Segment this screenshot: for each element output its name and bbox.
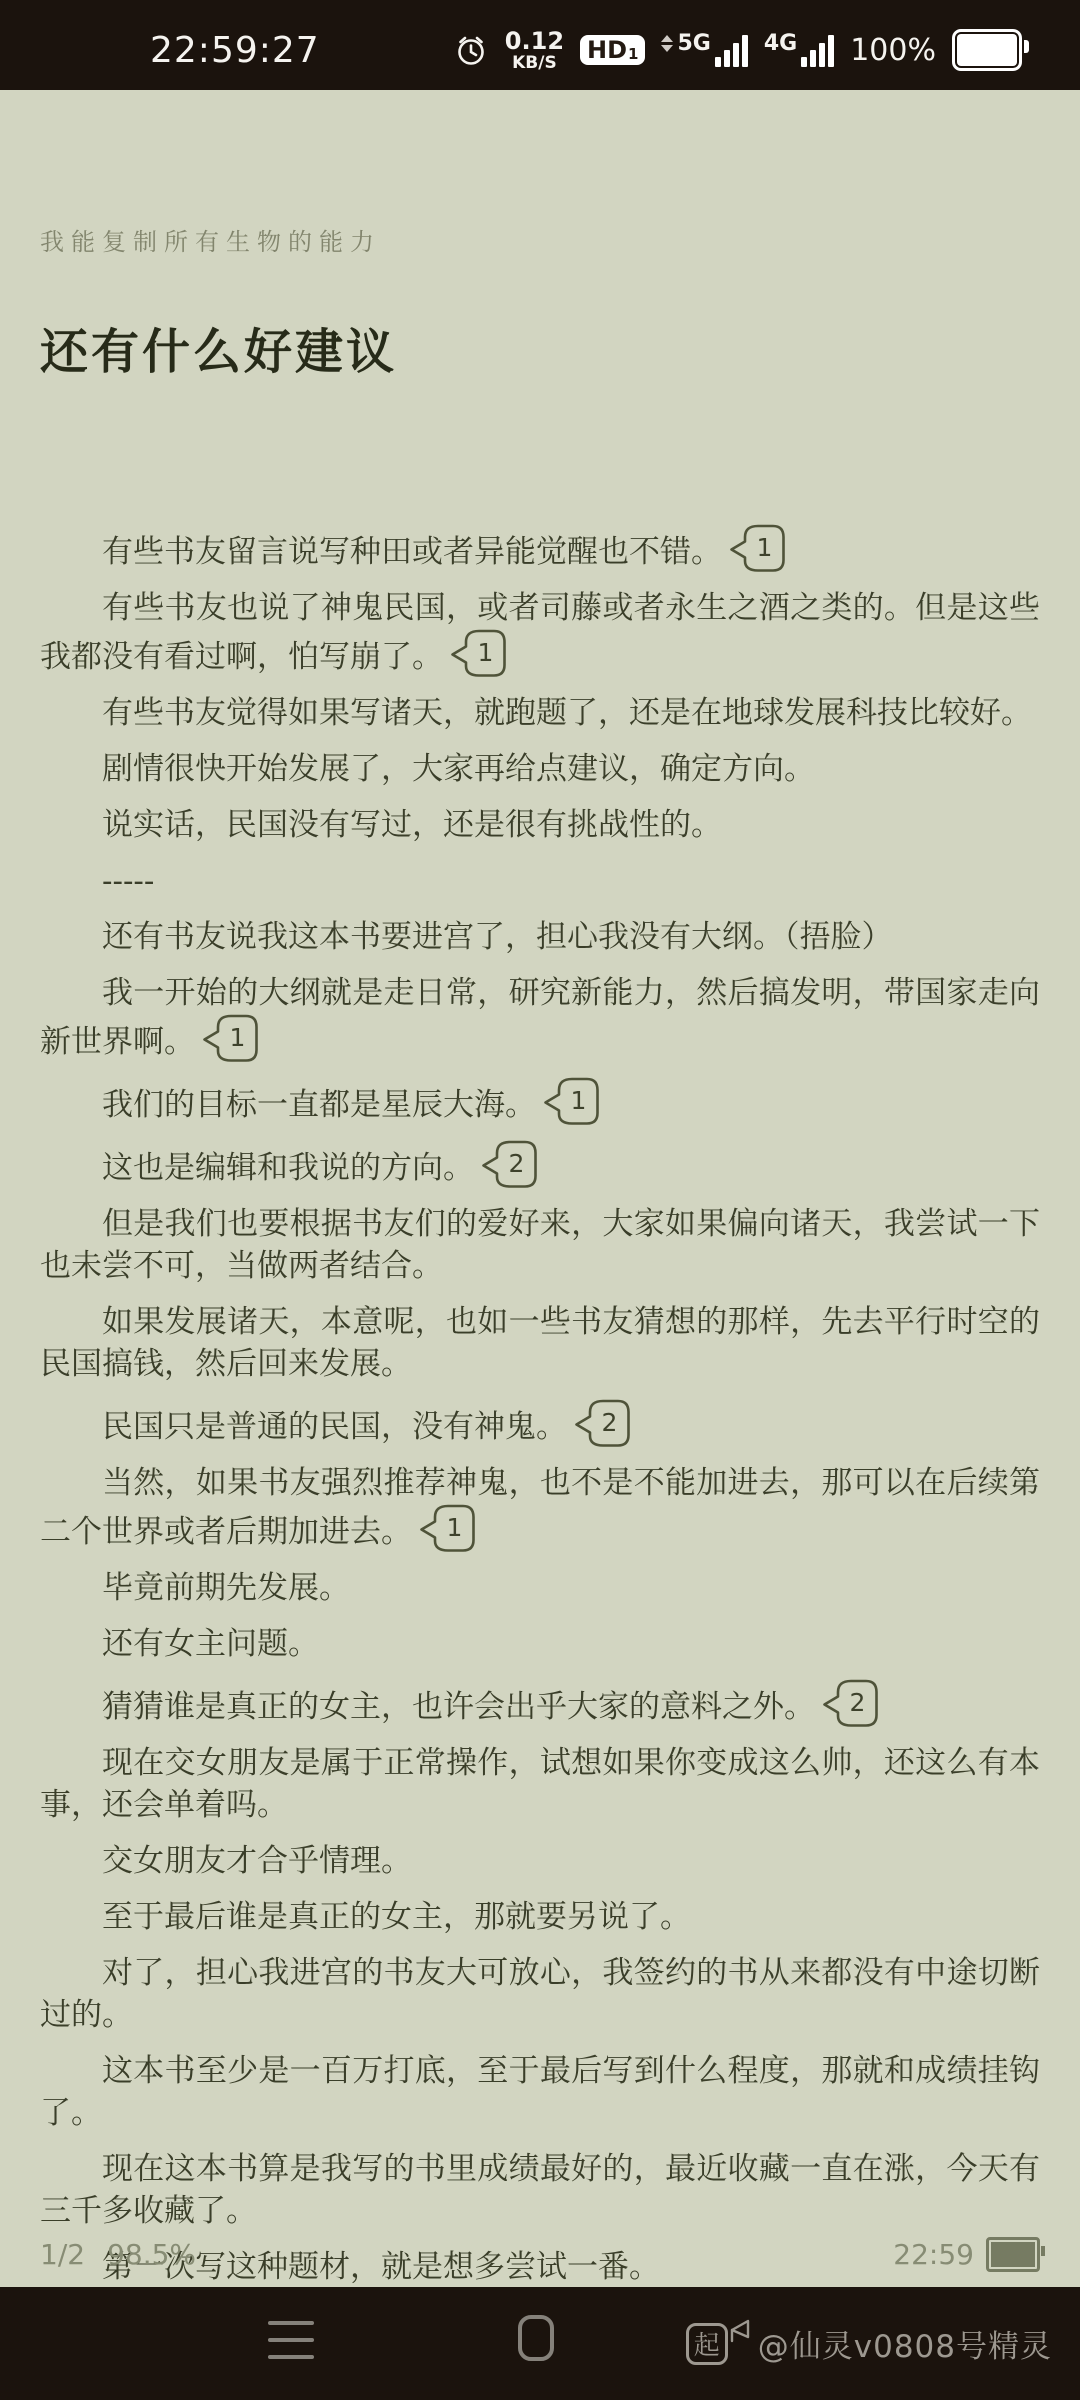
battery-percent: 100%	[850, 33, 936, 68]
paragraph: 至于最后谁是真正的女主，那就要另说了。	[40, 1896, 1040, 1938]
paragraph: 还有书友说我这本书要进宫了，担心我没有大纲。（捂脸）	[40, 916, 1040, 958]
megaphone-icon	[724, 2317, 752, 2345]
comment-count-badge[interactable]: 2	[821, 1679, 878, 1727]
sim2-signal: 4G	[764, 33, 834, 67]
sim1-signal: 5G	[661, 33, 747, 67]
network-speed: 0.12 KB/S	[505, 29, 564, 72]
page-position: 1/2	[40, 2238, 85, 2271]
paragraph-list: 有些书友留言说写种田或者异能觉醒也不错。 1 有些书友也说了神鬼民国，或者司藤或…	[40, 524, 1040, 2288]
paragraph: 现在这本书算是我写的书里成绩最好的，最近收藏一直在涨，今天有三千多收藏了。	[40, 2148, 1040, 2232]
comment-count-badge[interactable]: 1	[728, 524, 785, 572]
paragraph: 我一开始的大纲就是走日常，研究新能力，然后搞发明，带国家走向新世界啊。 1	[40, 972, 1040, 1063]
home-button-icon[interactable]	[518, 2315, 554, 2361]
paragraph: 猜猜谁是真正的女主，也许会出乎大家的意料之外。 2	[40, 1679, 1040, 1728]
watermark-text: @仙灵v0808号精灵	[758, 2321, 1052, 2366]
paragraph: 有些书友觉得如果写诸天，就跑题了，还是在地球发展科技比较好。	[40, 692, 1040, 734]
paragraph: 毕竟前期先发展。	[40, 1567, 1040, 1609]
status-bar: 22:59:27 0.12 KB/S HD1 5G 4G	[0, 0, 1080, 90]
comment-count-badge[interactable]: 1	[201, 1014, 258, 1062]
comment-count-badge[interactable]: 1	[449, 629, 506, 677]
volte-hd-icon: HD1	[580, 35, 645, 65]
paragraph: 剧情很快开始发展了，大家再给点建议，确定方向。	[40, 748, 1040, 790]
paragraph: 说实话，民国没有写过，还是很有挑战性的。	[40, 804, 1040, 846]
paragraph: 当然，如果书友强烈推荐神鬼，也不是不能加进去，那可以在后续第二个世界或者后期加进…	[40, 1462, 1040, 1553]
divider-line: -----	[40, 860, 1040, 902]
reader-app-screen: 22:59:27 0.12 KB/S HD1 5G 4G	[0, 0, 1080, 2400]
paragraph: 这也是编辑和我说的方向。 2	[40, 1140, 1040, 1189]
paragraph: 现在交女朋友是属于正常操作，试想如果你变成这么帅，还这么有本事，还会单着吗。	[40, 1742, 1040, 1826]
paragraph: 有些书友也说了神鬼民国，或者司藤或者永生之酒之类的。但是这些我都没有看过啊，怕写…	[40, 587, 1040, 678]
comment-count-badge[interactable]: 1	[418, 1504, 475, 1552]
battery-icon	[952, 29, 1022, 71]
signal-bars-icon	[801, 33, 834, 67]
app-watermark: 起 @仙灵v0808号精灵	[686, 2287, 1052, 2400]
menu-icon[interactable]	[268, 2321, 314, 2359]
book-title: 我能复制所有生物的能力	[40, 222, 1040, 257]
paragraph: 对了，担心我进宫的书友大可放心，我签约的书从来都没有中途切断过的。	[40, 1952, 1040, 2036]
comment-count-badge[interactable]: 1	[542, 1077, 599, 1125]
reading-status-row: 1/2 98.5% 22:59	[40, 2237, 1040, 2272]
android-nav-bar: 起 @仙灵v0808号精灵	[0, 2287, 1080, 2400]
paragraph: 但是我们也要根据书友们的爱好来，大家如果偏向诸天，我尝试一下也未尝不可，当做两者…	[40, 1203, 1040, 1287]
reader-page[interactable]: 我能复制所有生物的能力 还有什么好建议 有些书友留言说写种田或者异能觉醒也不错。…	[0, 90, 1080, 2287]
signal-bars-icon	[715, 33, 748, 67]
comment-count-badge[interactable]: 2	[573, 1399, 630, 1447]
paragraph: 民国只是普通的民国，没有神鬼。 2	[40, 1399, 1040, 1448]
alarm-icon	[453, 32, 489, 68]
paragraph: 有些书友留言说写种田或者异能觉醒也不错。 1	[40, 524, 1040, 573]
data-activity-icon	[661, 35, 673, 52]
paragraph: 这本书至少是一百万打底，至于最后写到什么程度，那就和成绩挂钩了。	[40, 2050, 1040, 2134]
chapter-progress: 98.5%	[107, 2238, 196, 2271]
chapter-title: 还有什么好建议	[40, 313, 1040, 382]
paragraph: 如果发展诸天，本意呢，也如一些书友猜想的那样，先去平行时空的民国搞钱，然后回来发…	[40, 1301, 1040, 1385]
status-time: 22:59:27	[150, 30, 320, 71]
paragraph: 交女朋友才合乎情理。	[40, 1840, 1040, 1882]
paragraph: 我们的目标一直都是星辰大海。 1	[40, 1077, 1040, 1126]
comment-count-badge[interactable]: 2	[480, 1140, 537, 1188]
paragraph: 还有女主问题。	[40, 1623, 1040, 1665]
qidian-logo-icon: 起	[686, 2323, 728, 2365]
footer-clock: 22:59	[893, 2238, 974, 2271]
footer-battery-icon	[986, 2237, 1040, 2272]
status-indicators: 0.12 KB/S HD1 5G 4G 100%	[453, 29, 1022, 72]
